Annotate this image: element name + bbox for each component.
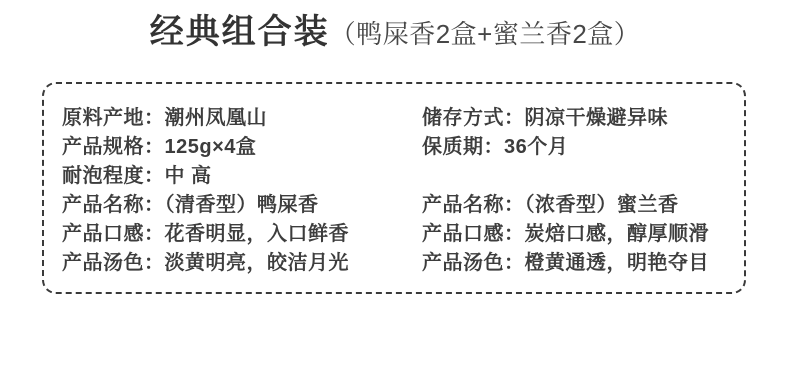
spec-value: 中 高 [165,165,212,187]
spec-row-storage: 储存方式：阴凉干燥避异味 [422,104,709,133]
spec-label: 产品汤色： [62,252,165,274]
spec-column-left: 原料产地：潮州凤凰山 产品规格：125g×4盒 耐泡程度：中 高 产品名称：（清… [62,104,349,278]
spec-row-taste-left: 产品口感：花香明显，入口鲜香 [62,220,349,249]
spec-value: 125g×4盒 [165,136,257,158]
spec-label: 产品汤色： [422,252,525,274]
spec-label: 产品名称： [62,194,165,216]
spec-label: 耐泡程度： [62,165,165,187]
page-title: 经典组合装（鸭屎香2盒+蜜兰香2盒） [0,8,790,56]
spec-label: 保质期： [422,136,504,158]
spec-row-shelf-life: 保质期：36个月 [422,133,709,162]
spec-row-liquor-color-left: 产品汤色：淡黄明亮，皎洁月光 [62,249,349,278]
spec-label: 产品口感： [62,223,165,245]
spec-label: 产品规格： [62,136,165,158]
spec-label: 原料产地： [62,107,165,129]
page-title-sub: （鸭屎香2盒+蜜兰香2盒） [330,19,641,49]
spec-value: 36个月 [504,136,568,158]
spec-box: 原料产地：潮州凤凰山 产品规格：125g×4盒 耐泡程度：中 高 产品名称：（清… [42,82,746,294]
spec-row-steep-resistance: 耐泡程度：中 高 [62,162,349,191]
spec-row-liquor-color-right: 产品汤色：橙黄通透，明艳夺目 [422,249,709,278]
spec-value: （清香型）鸭屎香 [165,194,319,216]
spec-label: 产品名称： [422,194,525,216]
spec-row-taste-right: 产品口感：炭焙口感，醇厚顺滑 [422,220,709,249]
spec-value: 淡黄明亮，皎洁月光 [165,252,350,274]
spec-column-right: 储存方式：阴凉干燥避异味 保质期：36个月 产品名称：（浓香型）蜜兰香 产品口感… [422,104,709,278]
spec-row-specification: 产品规格：125g×4盒 [62,133,349,162]
spec-value: （浓香型）蜜兰香 [525,194,679,216]
spec-label: 产品口感： [422,223,525,245]
spec-value: 橙黄通透，明艳夺目 [525,252,710,274]
spec-value: 花香明显，入口鲜香 [165,223,350,245]
spec-value: 阴凉干燥避异味 [525,107,669,129]
spec-value: 潮州凤凰山 [165,107,268,129]
spec-label: 储存方式： [422,107,525,129]
spec-row-origin: 原料产地：潮州凤凰山 [62,104,349,133]
spec-row-product-name-left: 产品名称：（清香型）鸭屎香 [62,191,349,220]
product-spec-image: { "title": { "main": "经典组合装", "sub": "（鸭… [0,0,790,371]
page-title-main: 经典组合装 [150,13,330,51]
spec-row-product-name-right: 产品名称：（浓香型）蜜兰香 [422,191,709,220]
spec-value: 炭焙口感，醇厚顺滑 [525,223,710,245]
spec-row-empty [422,162,709,191]
